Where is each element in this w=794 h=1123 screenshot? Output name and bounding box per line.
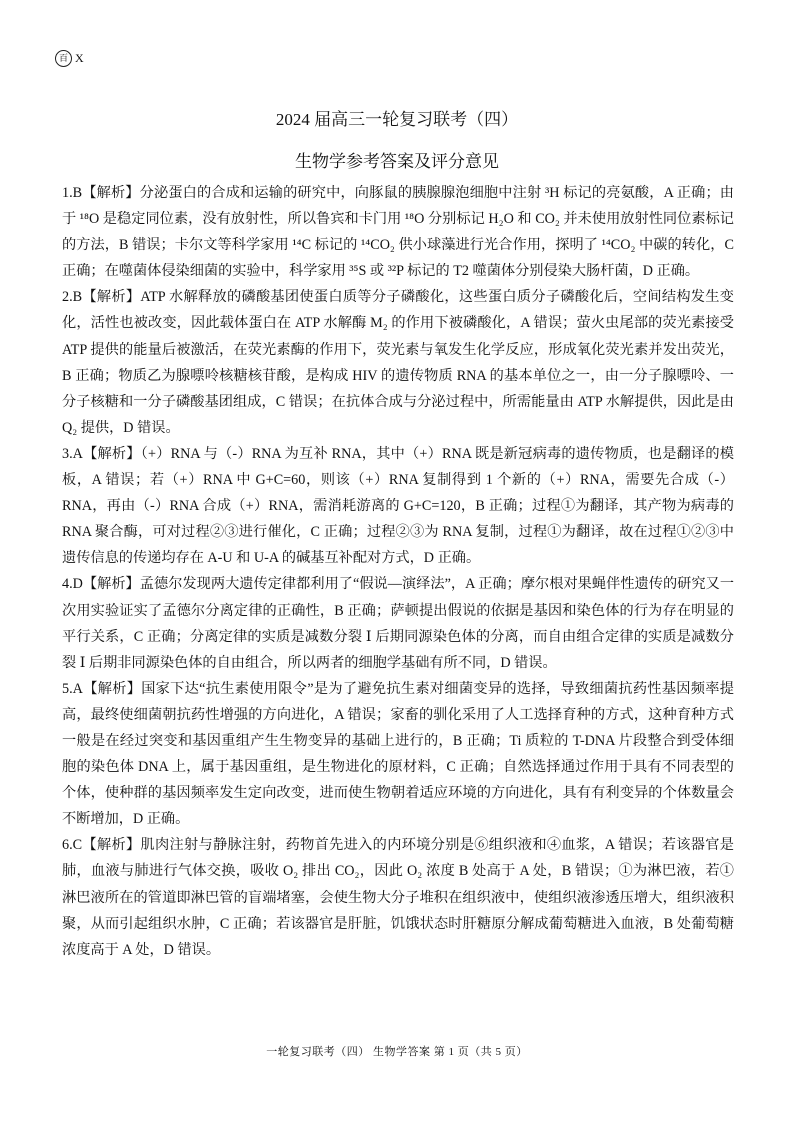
answer-label: 5.A【解析】 <box>62 681 141 697</box>
answer-item-3: 3.A【解析】（+）RNA 与（-）RNA 为互补 RNA，其中（+）RNA 既… <box>62 441 734 571</box>
answer-text: 肌肉注射与静脉注射，药物首先进入的内环境分别是⑥组织液和④血浆，A 错误；若该器… <box>62 837 734 957</box>
answer-item-5: 5.A【解析】国家下达“抗生素使用限令”是为了避免抗生素对细菌变异的选择，导致细… <box>62 676 734 833</box>
document-subtitle: 生物学参考答案及评分意见 <box>0 147 794 172</box>
logo-text: X <box>75 51 84 66</box>
answer-label: 1.B【解析】 <box>62 185 140 201</box>
answer-item-4: 4.D【解析】孟德尔发现两大遗传定律都利用了“假说—演绎法”，A 正确；摩尔根对… <box>62 571 734 675</box>
answer-item-2: 2.B【解析】ATP 水解释放的磷酸基团使蛋白质等分子磷酸化，这些蛋白质分子磷酸… <box>62 284 734 441</box>
answer-label: 4.D【解析】 <box>62 576 140 592</box>
page-footer: 一轮复习联考（四） 生物学答案 第 1 页（共 5 页） <box>0 1043 794 1059</box>
answer-text: 分泌蛋白的合成和运输的研究中，向豚鼠的胰腺腺泡细胞中注射 ³H 标记的亮氨酸，A… <box>62 185 734 279</box>
answer-item-6: 6.C【解析】肌肉注射与静脉注射，药物首先进入的内环境分别是⑥组织液和④血浆，A… <box>62 832 734 962</box>
exam-title: 2024 届高三一轮复习联考（四） <box>0 105 794 130</box>
answer-label: 2.B【解析】 <box>62 289 140 305</box>
answer-label: 3.A【解析】 <box>62 446 141 462</box>
publisher-logo: 百 X <box>55 50 84 67</box>
answer-text: 国家下达“抗生素使用限令”是为了避免抗生素对细菌变异的选择，导致细菌抗药性基因频… <box>62 681 734 827</box>
answer-label: 6.C【解析】 <box>62 837 140 853</box>
answer-text: ATP 水解释放的磷酸基团使蛋白质等分子磷酸化，这些蛋白质分子磷酸化后，空间结构… <box>62 289 734 435</box>
answer-item-1: 1.B【解析】分泌蛋白的合成和运输的研究中，向豚鼠的胰腺腺泡细胞中注射 ³H 标… <box>62 180 734 284</box>
answer-text: 孟德尔发现两大遗传定律都利用了“假说—演绎法”，A 正确；摩尔根对果蝇伴性遗传的… <box>62 576 734 670</box>
logo-icon: 百 <box>55 50 72 67</box>
answer-list: 1.B【解析】分泌蛋白的合成和运输的研究中，向豚鼠的胰腺腺泡细胞中注射 ³H 标… <box>62 180 734 963</box>
answer-text: （+）RNA 与（-）RNA 为互补 RNA，其中（+）RNA 既是新冠病毒的遗… <box>62 446 734 566</box>
